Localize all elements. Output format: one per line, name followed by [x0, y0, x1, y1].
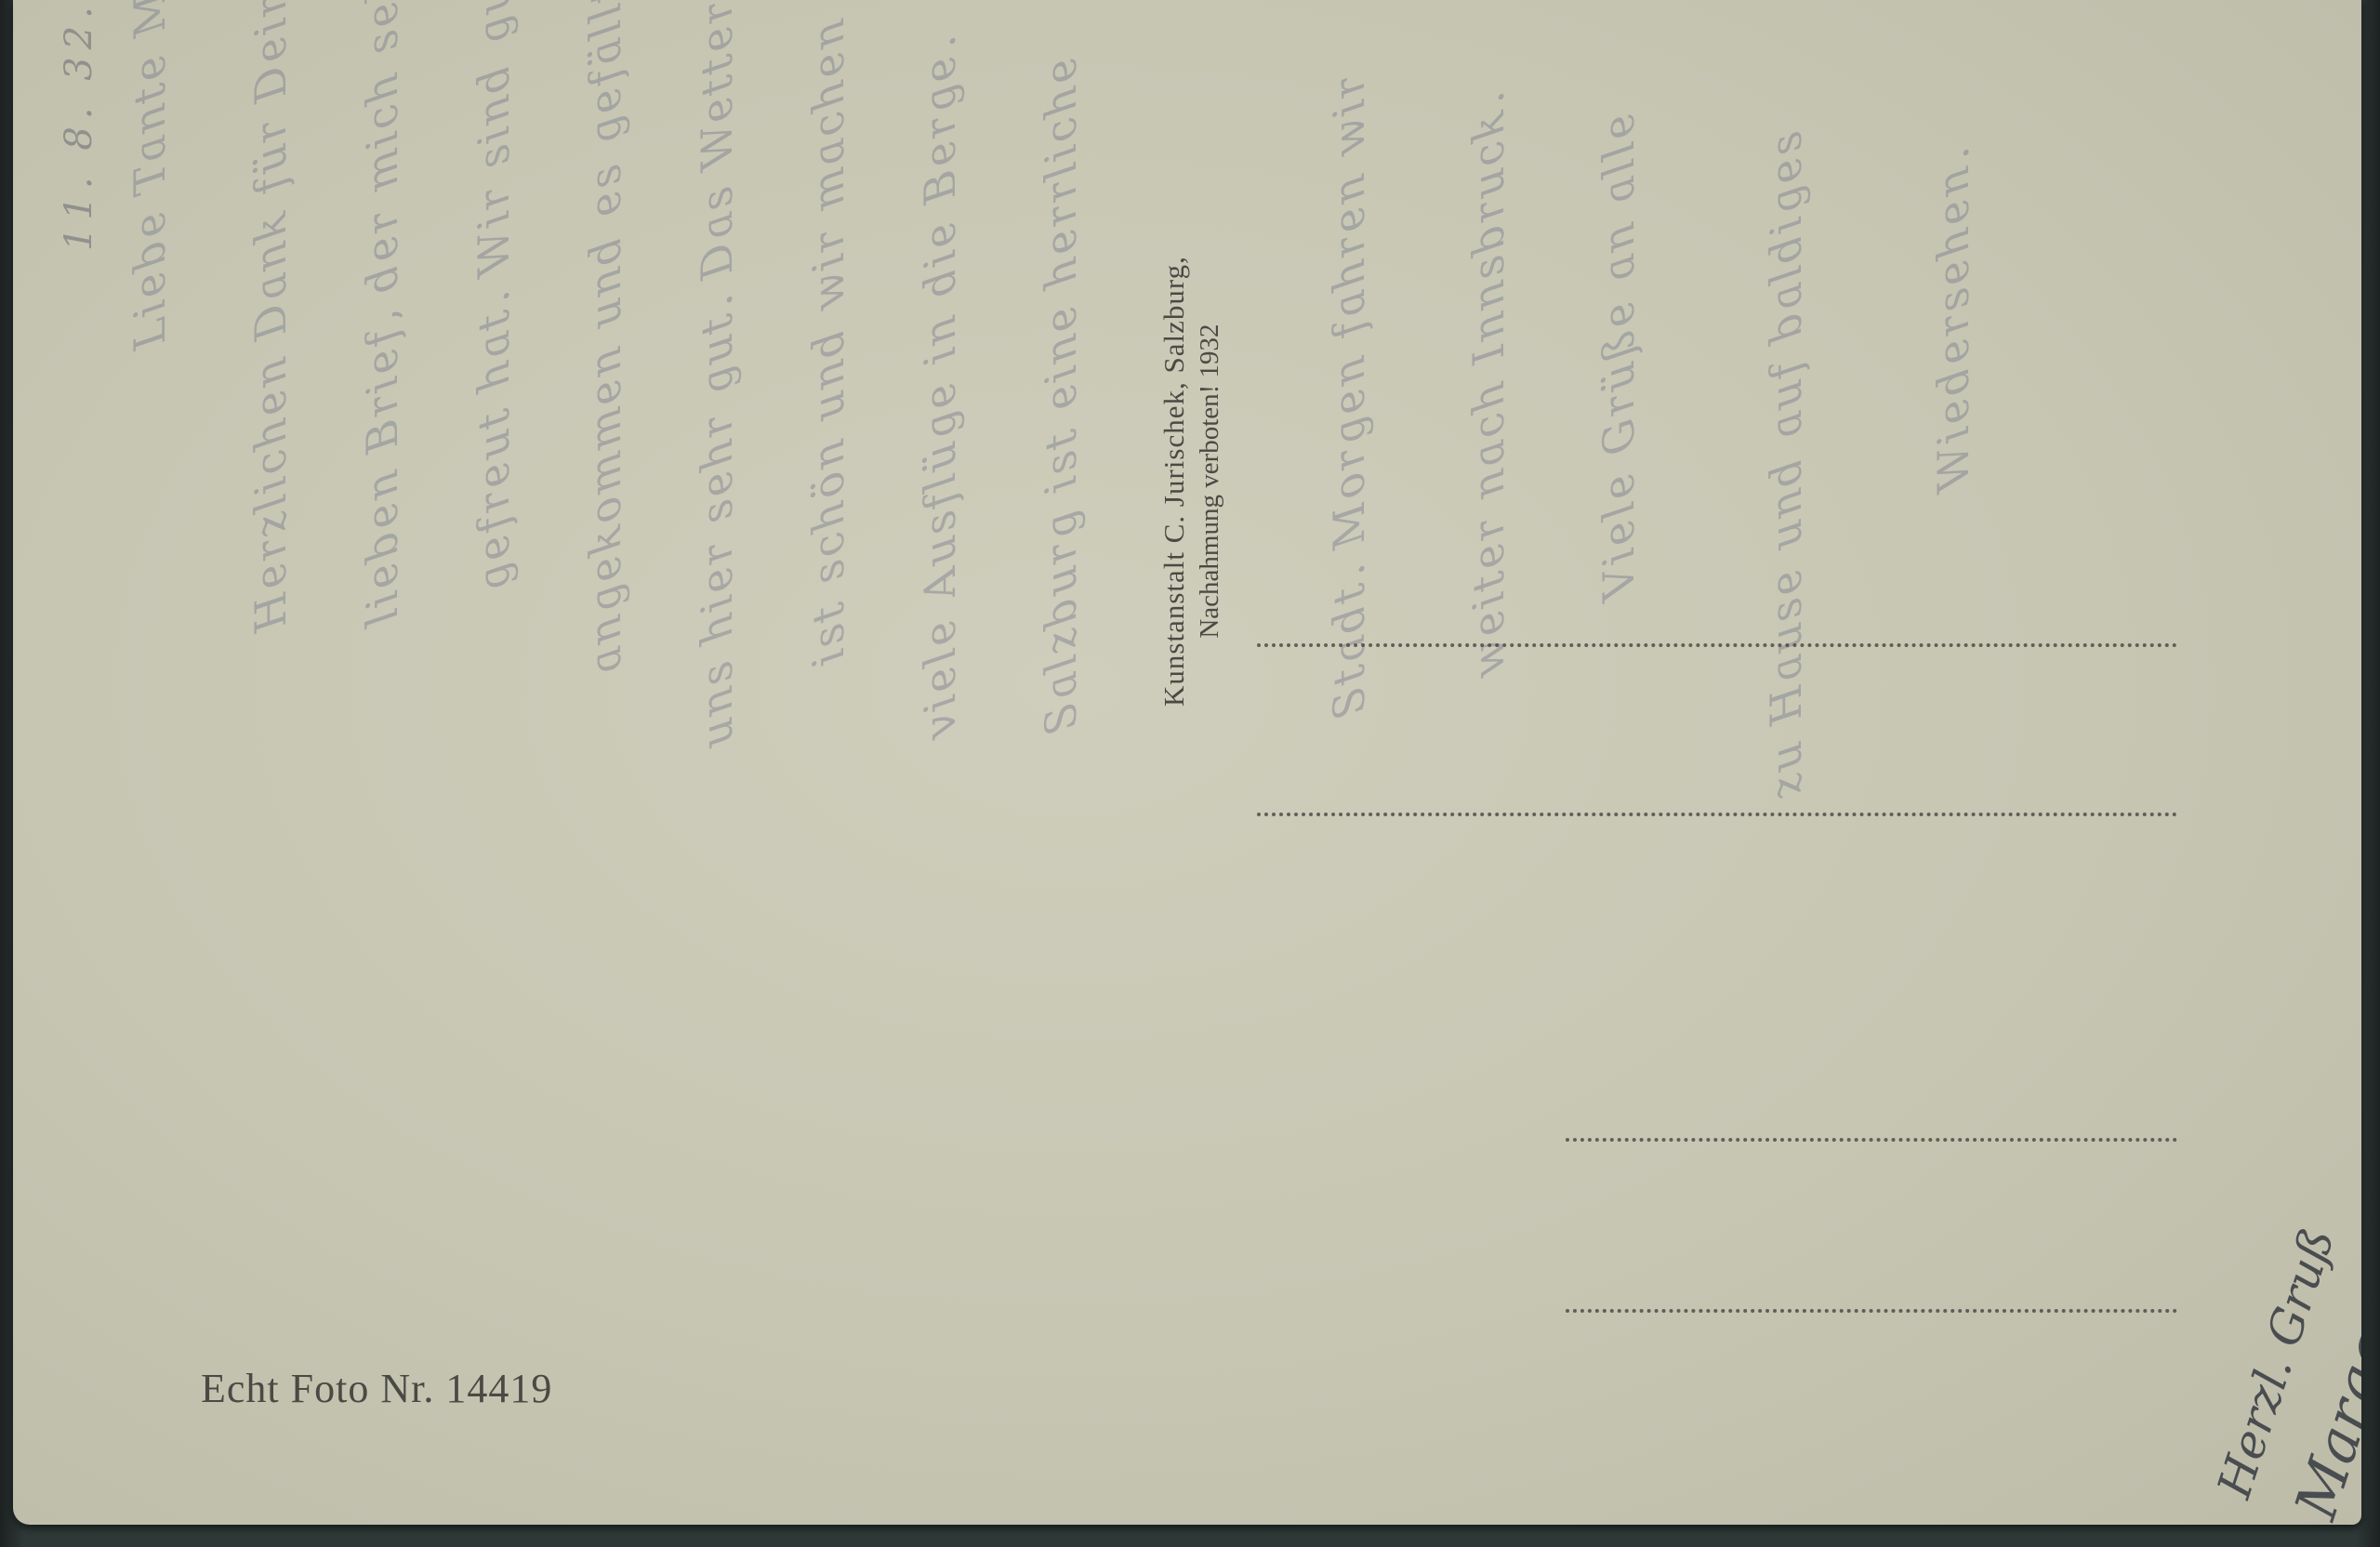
- address-line: [1257, 813, 2177, 816]
- publisher-line-1: Kunstanstalt C. Jurischek, Salzburg,: [1157, 256, 1192, 707]
- message-line: gefreut hat. Wir sind gut: [469, 0, 519, 606]
- message-line: Liebe Tante Mimi!: [125, 0, 175, 362]
- message-line: Salzburg ist eine herrliche: [1036, 43, 1086, 747]
- message-line: viele Ausflüge in die Berge.: [915, 24, 965, 753]
- address-line: [1257, 643, 2177, 647]
- handwritten-message: Liebe Tante Mimi! Herzlichen Dank für De…: [13, 0, 2361, 1525]
- photo-number: Echt Foto Nr. 14419: [201, 1365, 552, 1412]
- message-line: uns hier sehr gut. Das Wetter: [692, 0, 742, 761]
- message-line: ist schön und wir machen: [803, 6, 853, 679]
- message-line: lieben Brief, der mich sehr: [357, 0, 407, 638]
- message-line: angekommen und es gefällt: [580, 0, 630, 688]
- address-line: [1566, 1309, 2177, 1313]
- message-line: Herzlichen Dank für Deinen: [245, 0, 296, 644]
- message-line: Stadt. Morgen fahren wir: [1324, 61, 1374, 732]
- message-line: Wiedersehen.: [1928, 136, 1978, 504]
- publisher-imprint: Kunstanstalt C. Jurischek, Salzburg, Nac…: [1157, 256, 1227, 707]
- message-line: zu Hause und auf baldiges: [1761, 117, 1811, 813]
- message-line: weiter nach Innsbruck.: [1463, 80, 1514, 692]
- message-line: Viele Grüße an alle: [1593, 99, 1644, 612]
- date-written: 11. 8. 32.: [58, 0, 100, 251]
- postcard: Liebe Tante Mimi! Herzlichen Dank für De…: [13, 0, 2361, 1525]
- address-line: [1566, 1138, 2177, 1142]
- publisher-line-2: Nachahmung verboten! 1932: [1192, 256, 1227, 707]
